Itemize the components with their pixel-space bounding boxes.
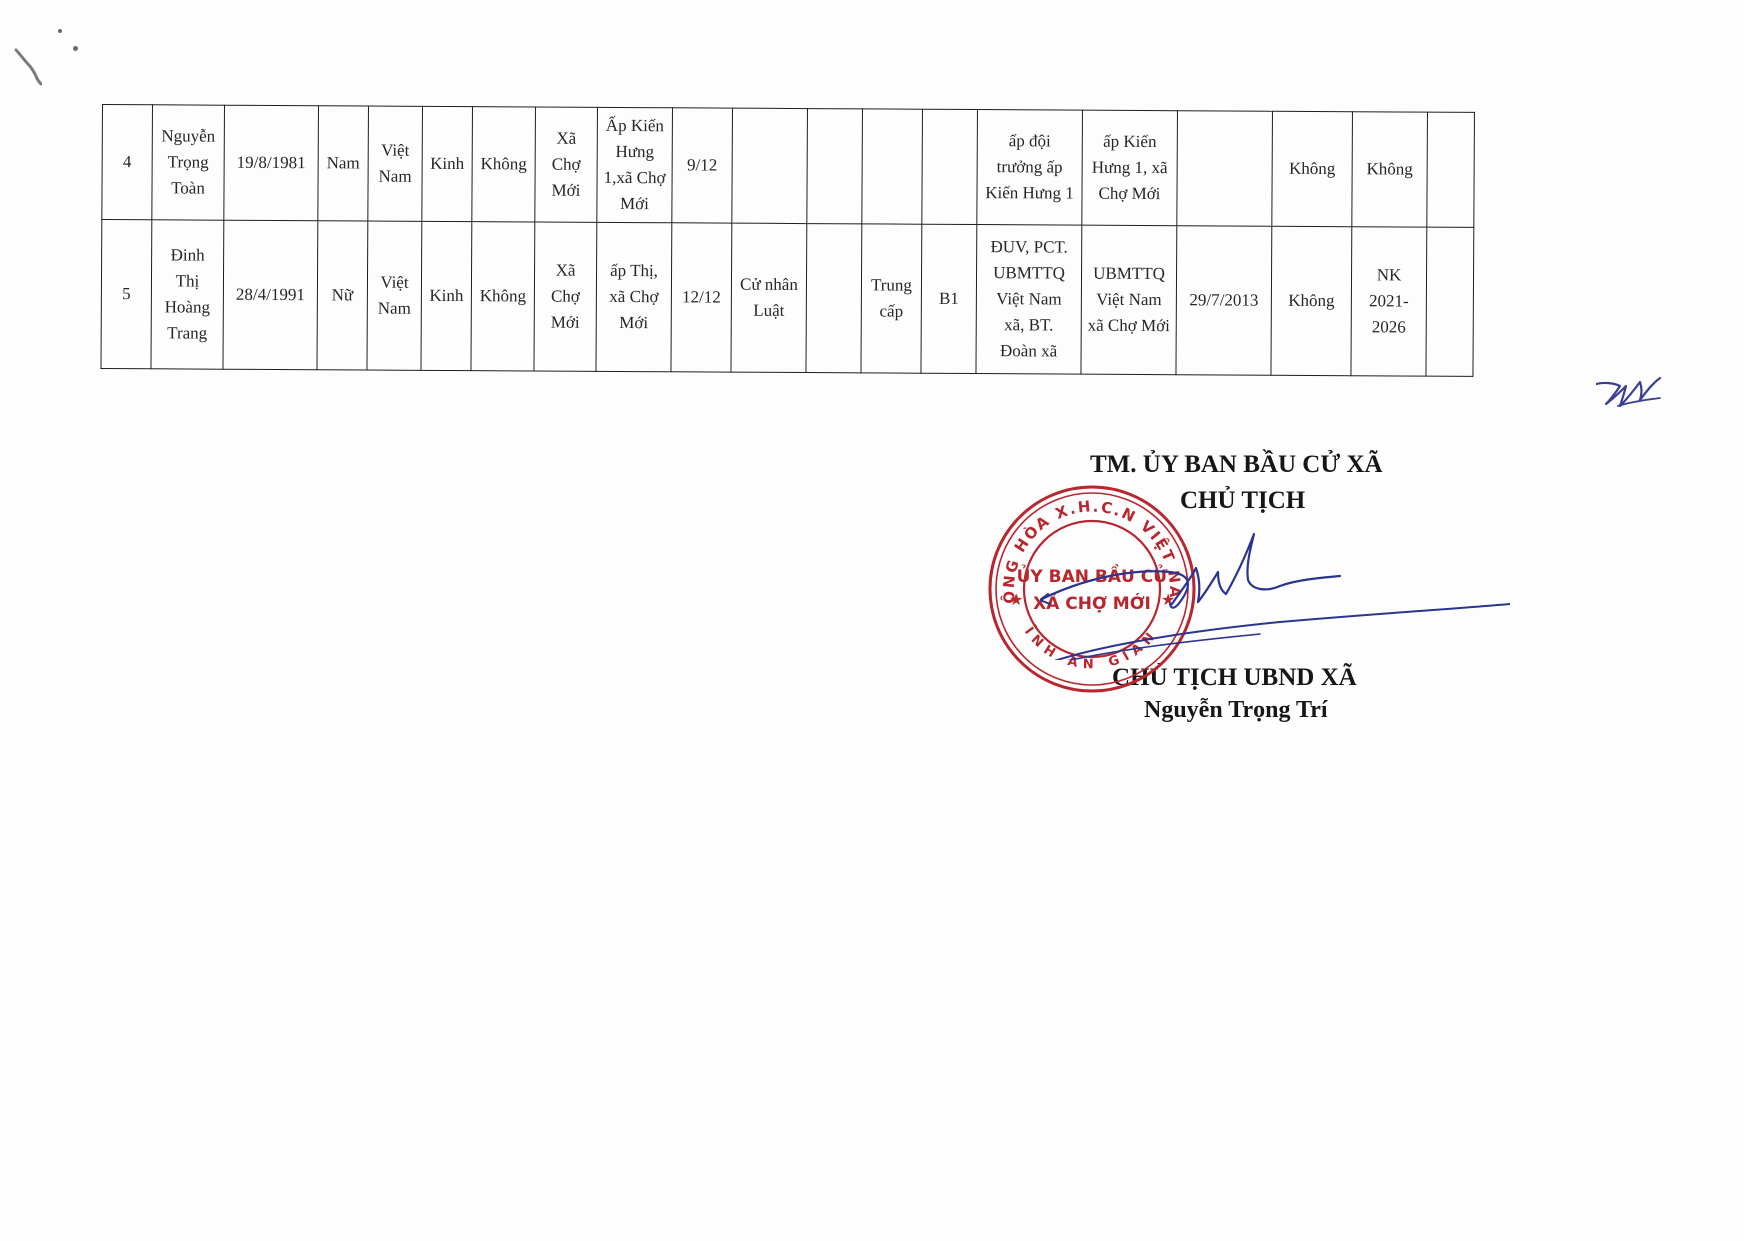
cell-general-education: 9/12 [672,108,733,223]
cell-workplace: ấp Kiến Hưng 1, xã Chợ Mới [1082,110,1178,226]
cell-residence: Ấp Kiến Hưng 1,xã Chợ Mới [597,107,673,222]
cell-gender: Nam [318,106,369,221]
scan-speck [73,46,78,51]
cell-stt: 4 [102,105,153,220]
cell-position: ấp đội trưởng ấp Kiến Hưng 1 [977,110,1083,226]
handwritten-signature-icon [1040,520,1510,660]
cell-stt: 5 [101,220,152,369]
cell-council-delegate: NK 2021- 2026 [1351,227,1427,376]
cell-professional-degree: Cử nhân Luật [731,223,807,372]
cell-birth-date: 19/8/1981 [224,105,319,221]
svg-text:★: ★ [1009,590,1023,609]
signer-name: Nguyễn Trọng Trí [1144,694,1328,726]
cell-party-join-date [1177,111,1273,227]
initials-mark-icon [1596,372,1666,412]
signing-organization: TM. ỦY BAN BẦU CỬ XÃ [1090,448,1383,482]
cell-national-assembly-delegate: Không [1272,111,1353,226]
cell-full-name: Đinh Thị Hoàng Trang [151,220,224,369]
cell-residence: ấp Thị, xã Chợ Mới [596,222,672,371]
candidate-table-container: 4 Nguyễn Trọng Toàn 19/8/1981 Nam Việt N… [100,104,1475,377]
cell-position: ĐUV, PCT. UBMTTQ Việt Nam xã, BT. Đoàn x… [976,225,1082,375]
scan-speck [58,29,62,33]
cell-foreign-language: B1 [921,224,977,373]
candidate-table: 4 Nguyễn Trọng Toàn 19/8/1981 Nam Việt N… [100,104,1475,377]
cell-council-delegate: Không [1352,112,1428,227]
cell-national-assembly-delegate: Không [1271,226,1352,375]
cell-gender: Nữ [317,221,368,370]
cell-birth-date: 28/4/1991 [223,220,318,370]
cell-political-theory: Trung cấp [861,224,922,373]
cell-full-name: Nguyễn Trọng Toàn [152,105,225,220]
cell-hometown: Xã Chợ Mới [534,222,597,371]
cell-nationality: Việt Nam [367,221,422,370]
cell-party-join-date: 29/7/2013 [1176,226,1272,376]
cell-religion: Không [471,222,535,371]
cell-ethnicity: Kinh [421,221,472,370]
cell-foreign-language [922,109,978,224]
cell-general-education: 12/12 [671,223,732,372]
table-row: 4 Nguyễn Trọng Toàn 19/8/1981 Nam Việt N… [102,105,1475,228]
cell-ethnicity: Kinh [422,106,473,221]
cell-workplace: UBMTTQ Việt Nam xã Chợ Mới [1081,225,1177,375]
table-row: 5 Đinh Thị Hoàng Trang 28/4/1991 Nữ Việt… [101,220,1474,377]
cell-nationality: Việt Nam [368,106,423,221]
cell-professional-degree [732,108,808,223]
cell-academic-title [807,109,863,224]
cell-religion: Không [472,107,536,222]
scan-scratch-mark [14,46,42,86]
cell-political-theory [862,109,923,224]
scanned-document-page: 4 Nguyễn Trọng Toàn 19/8/1981 Nam Việt N… [0,0,1744,1241]
cell-notes [1426,227,1474,376]
cell-notes [1427,112,1475,227]
cell-hometown: Xã Chợ Mới [535,107,598,222]
cell-academic-title [806,224,862,373]
